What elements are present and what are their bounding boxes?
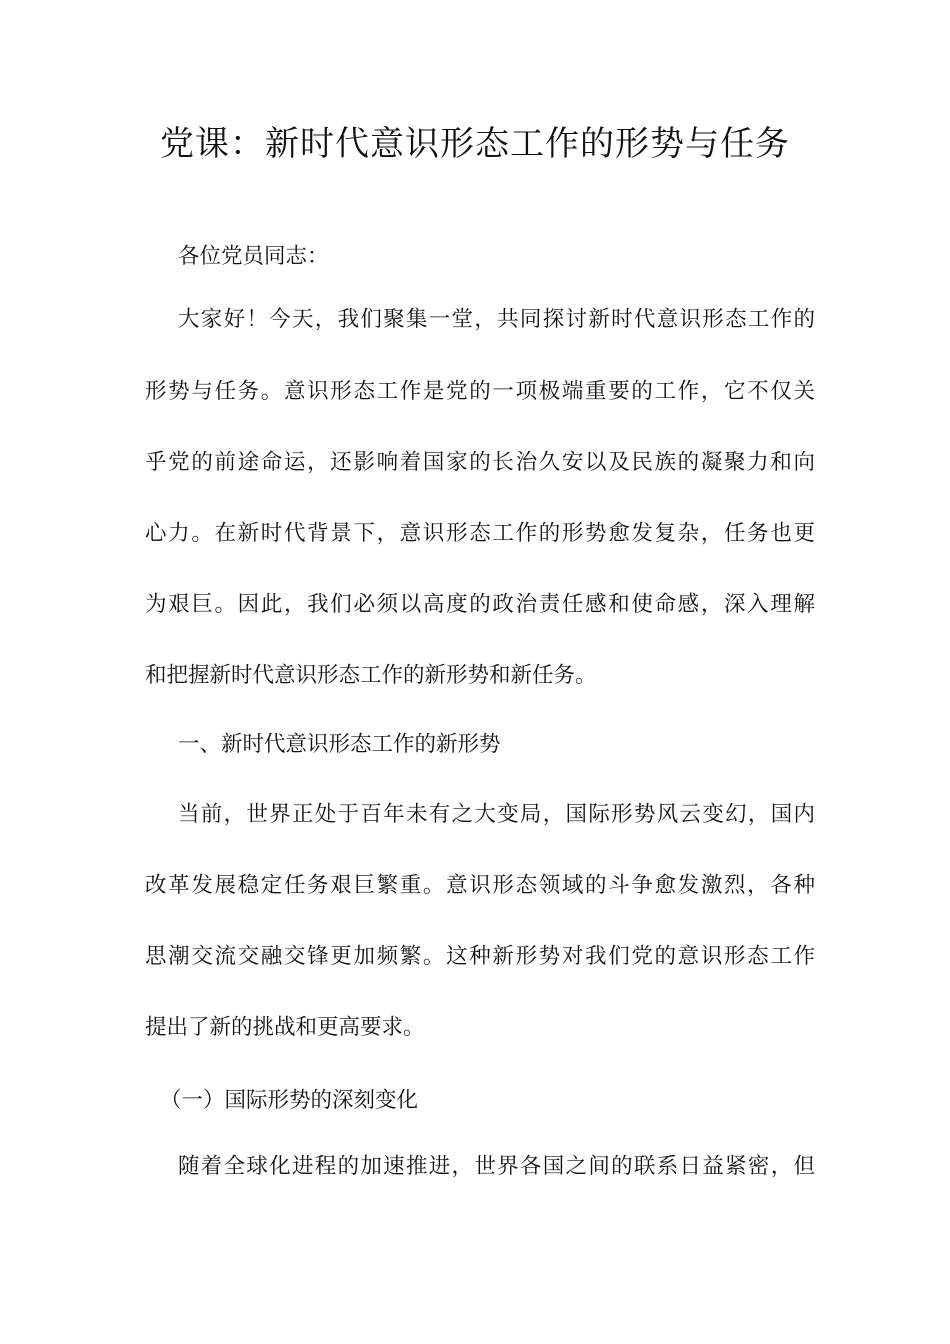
- paragraph-line: 改革发展稳定任务艰巨繁重。意识形态领域的斗争愈发激烈，各种: [145, 869, 815, 903]
- section-heading: 一、新时代意识形态工作的新形势: [178, 728, 815, 762]
- paragraph-line: 提出了新的挑战和更高要求。: [145, 1011, 815, 1045]
- subsection-heading: （一）国际形势的深刻变化: [160, 1084, 815, 1118]
- paragraph-line: 和把握新时代意识形态工作的新形势和新任务。: [145, 659, 815, 693]
- document-page: 党课：新时代意识形态工作的形势与任务 各位党员同志： 大家好！今天，我们聚集一堂…: [0, 0, 950, 1344]
- paragraph-line: 思潮交流交融交锋更加频繁。这种新形势对我们党的意识形态工作: [145, 940, 815, 974]
- salutation: 各位党员同志：: [178, 240, 815, 274]
- paragraph-line: 为艰巨。因此，我们必须以高度的政治责任感和使命感，深入理解: [145, 588, 815, 622]
- document-title: 党课：新时代意识形态工作的形势与任务: [0, 118, 950, 170]
- paragraph-line: 大家好！今天，我们聚集一堂，共同探讨新时代意识形态工作的: [178, 303, 815, 337]
- paragraph-line: 随着全球化进程的加速推进，世界各国之间的联系日益紧密，但: [178, 1150, 815, 1184]
- paragraph-line: 形势与任务。意识形态工作是党的一项极端重要的工作，它不仅关: [145, 375, 815, 409]
- paragraph-line: 乎党的前途命运，还影响着国家的长治久安以及民族的凝聚力和向: [145, 446, 815, 480]
- paragraph-line: 心力。在新时代背景下，意识形态工作的形势愈发复杂，任务也更: [145, 517, 815, 551]
- paragraph-line: 当前，世界正处于百年未有之大变局，国际形势风云变幻，国内: [178, 798, 815, 832]
